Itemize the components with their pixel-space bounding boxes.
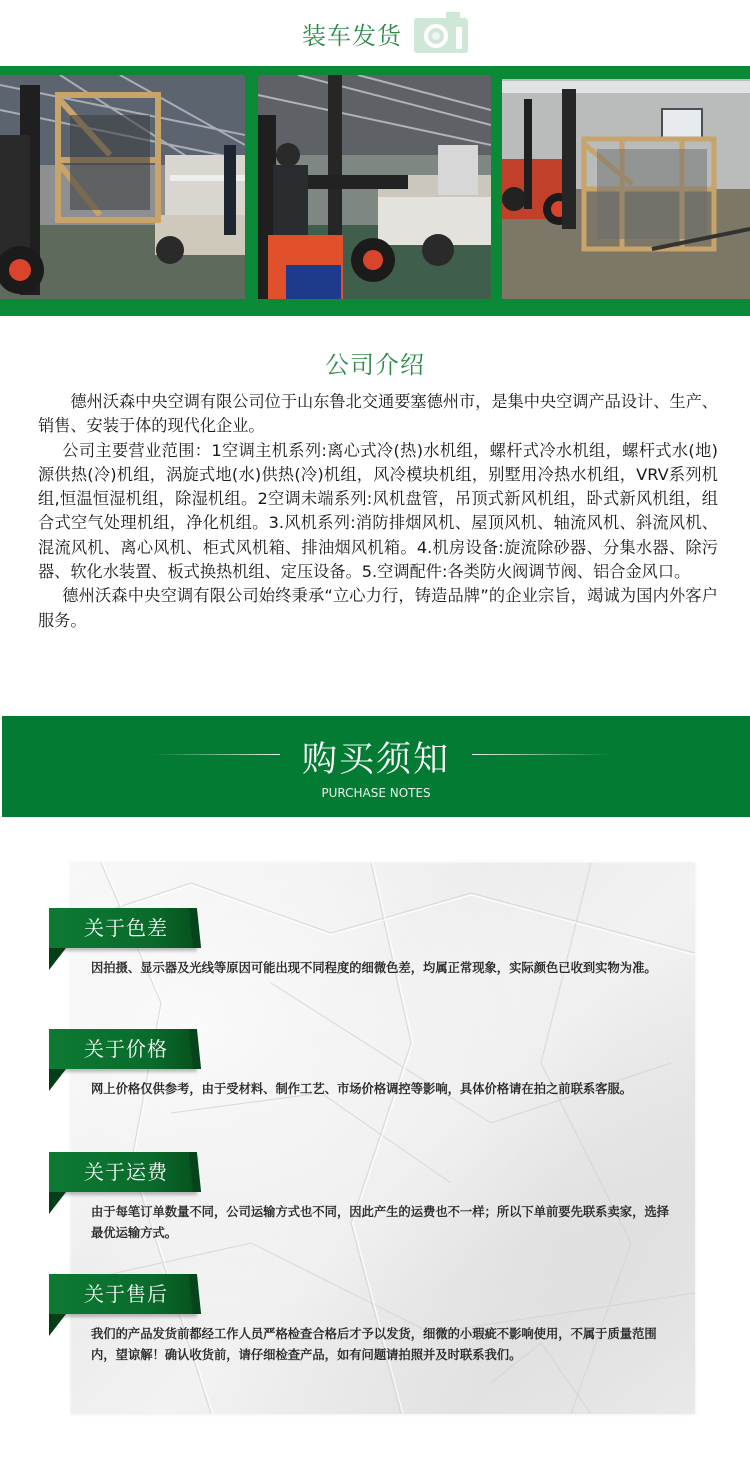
- note-tag: 关于运费: [49, 1152, 195, 1192]
- purchase-notes-banner: 购买须知 PURCHASE NOTES: [2, 716, 750, 817]
- purchase-notes-title: 购买须知: [2, 732, 750, 782]
- shipping-photo-2: [258, 75, 491, 299]
- note-price: 关于价格 网上价格仅供参考，由于受材料、制作工艺、市场价格调控等影响，具体价格请…: [49, 1029, 689, 1069]
- note-color-difference: 关于色差 因拍摄、显示器及光线等原因可能出现不同程度的细微色差，均属正常现象，实…: [49, 908, 689, 948]
- company-intro-title: 公司介绍: [0, 345, 750, 380]
- intro-paragraph: 德州沃森中央空调有限公司位于山东鲁北交通要塞德州市，是集中央空调产品设计、生产、…: [38, 390, 718, 439]
- note-text: 我们的产品发货前都经工作人员严格检查合格后才予以发货，细微的小瑕疵不影响使用，不…: [91, 1324, 671, 1366]
- camera-icon: [412, 11, 470, 55]
- ribbon-fold: [49, 1314, 66, 1336]
- note-tag: 关于价格: [49, 1029, 195, 1069]
- ribbon-fold: [49, 948, 66, 970]
- loading-header: 装车发货: [0, 0, 750, 66]
- note-shipping: 关于运费 由于每笔订单数量不同，公司运输方式也不同，因此产生的运费也不一样；所以…: [49, 1152, 689, 1192]
- ribbon-fold: [49, 1069, 66, 1091]
- purchase-notes-subtitle: PURCHASE NOTES: [2, 786, 750, 800]
- note-text: 因拍摄、显示器及光线等原因可能出现不同程度的细微色差，均属正常现象，实际颜色已收…: [91, 958, 671, 979]
- company-intro-body: 德州沃森中央空调有限公司位于山东鲁北交通要塞德州市，是集中央空调产品设计、生产、…: [38, 390, 718, 633]
- note-text: 由于每笔订单数量不同，公司运输方式也不同，因此产生的运费也不一样；所以下单前要先…: [91, 1202, 671, 1244]
- shipping-photo-strip: [0, 66, 750, 316]
- intro-paragraph: 公司主要营业范围：1空调主机系列:离心式冷(热)水机组，螺杆式冷水机组，螺杆式水…: [38, 439, 718, 585]
- loading-title: 装车发货: [302, 16, 402, 51]
- note-after-sales: 关于售后 我们的产品发货前都经工作人员严格检查合格后才予以发货，细微的小瑕疵不影…: [49, 1274, 689, 1314]
- note-tag: 关于售后: [49, 1274, 195, 1314]
- shipping-photo-1: [0, 75, 245, 299]
- intro-paragraph: 德州沃森中央空调有限公司始终秉承“立心力行，铸造品牌”的企业宗旨，竭诚为国内外客…: [38, 584, 718, 633]
- note-text: 网上价格仅供参考，由于受材料、制作工艺、市场价格调控等影响，具体价格请在拍之前联…: [91, 1079, 671, 1100]
- note-tag: 关于色差: [49, 908, 195, 948]
- ribbon-fold: [49, 1192, 66, 1214]
- shipping-photo-3: [502, 79, 750, 299]
